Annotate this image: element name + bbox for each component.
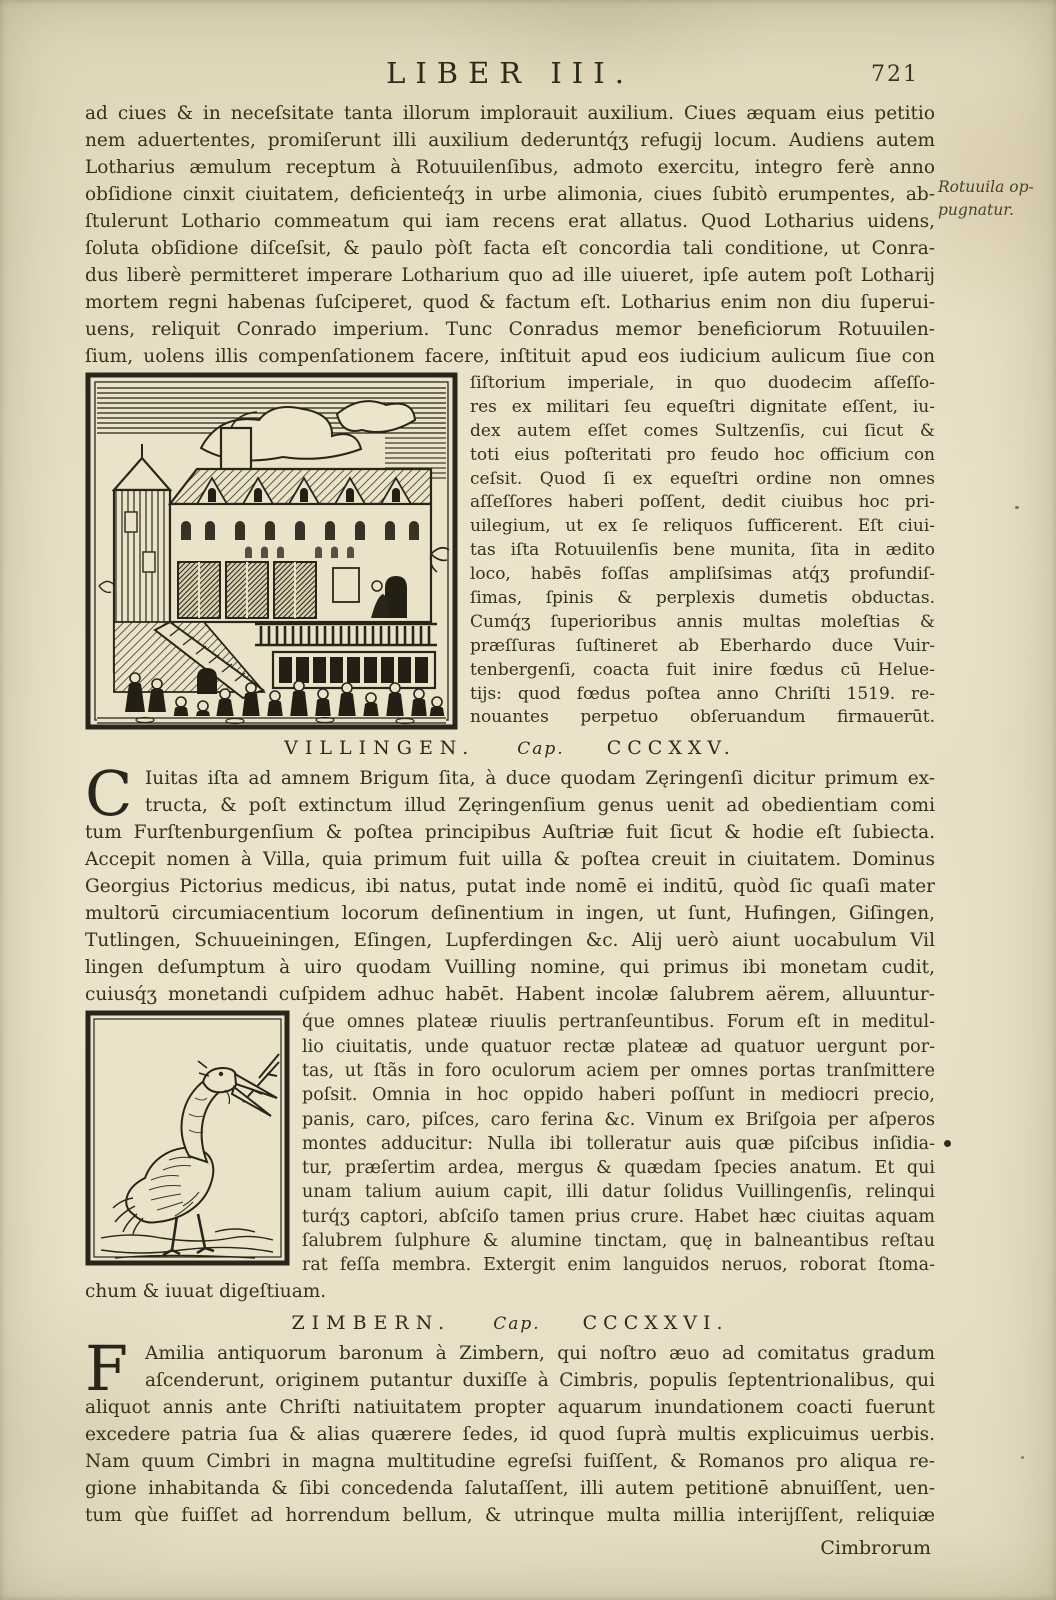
page-number: 721 xyxy=(871,62,919,87)
text-line: ſimas, ſpinis & perplexis dumetis obduct… xyxy=(470,587,935,611)
text-line: ſiſtorium imperiale, in quo duodecim aſſ… xyxy=(470,372,935,396)
text-line: uilegium, ut ex ſe reliquos ſufficerent.… xyxy=(470,515,935,539)
text-line: Amilia antiquorum baronum à Zimbern, qui… xyxy=(85,1340,935,1367)
chapter-number: CCCXXVI. xyxy=(583,1312,729,1334)
text-line: lingen deſumptum à uiro quodam Vuilling … xyxy=(85,954,935,981)
text-line: lio ciuitatis, unde quatuor rectæ plateæ… xyxy=(302,1035,935,1059)
text-block: LIBER III. 721 ad ciues & in neceſsitate… xyxy=(85,54,935,1559)
intro-paragraph: ad ciues & in neceſsitate tanta illorum … xyxy=(85,100,935,370)
text-line: mortem regni habenas ſuſciperet, quod & … xyxy=(85,289,935,316)
drop-cap: F xyxy=(85,1343,141,1395)
text-line: dus liberè permitteret imperare Lothariu… xyxy=(85,262,935,289)
text-line: ſium, uolens illis compenſationem facere… xyxy=(85,343,935,370)
text-line: tum Furſtenburgenſium & poſtea principib… xyxy=(85,819,935,846)
chapter-heading-zimbern: ZIMBERN. Cap. CCCXXVI. xyxy=(85,1312,935,1340)
text-line: panis, caro, piſces, caro ferina &c. Vin… xyxy=(302,1108,935,1132)
text-line: rat feſſa membra. Extergit enim languido… xyxy=(302,1253,935,1277)
text-line: obſidione cinxit ciuitatem, deficienteq́… xyxy=(85,181,935,208)
text-line: excedere patria ſua & alias quærere ſede… xyxy=(85,1421,935,1448)
running-header: LIBER III. 721 xyxy=(85,54,935,100)
text-line: toti eius poſteritati pro feudo hoc offi… xyxy=(470,444,935,468)
text-line: Accepit nomen à Villa, quia primum fuit … xyxy=(85,846,935,873)
text-line: montes adducitur: Nulla ibi tolleratur a… xyxy=(302,1132,935,1156)
text-line: nouantes perpetuo obſeruandum firmauerūt… xyxy=(470,706,935,730)
text-line: tas iſta Rotuuilenſis bene munita, ſita … xyxy=(470,539,935,563)
text-line: aliquot annis ante Chriſti natiuitatem p… xyxy=(85,1394,935,1421)
closing-line: chum & iuuat digeſtiuam. xyxy=(85,1278,935,1305)
heron-wrap-text: q́ue omnes plateæ riuulis pertranſeuntib… xyxy=(302,1010,935,1277)
text-line: cuiusq́ʒ monetandi cuſpidem adhuc habēt.… xyxy=(85,981,935,1008)
chapter-heading-villingen: VILLINGEN. Cap. CCCXXV. xyxy=(85,737,935,765)
ink-speck xyxy=(1015,506,1019,509)
text-line: tructa, & poſt extinctum illud Zęringenſ… xyxy=(85,792,935,819)
text-line: turq́ʒ captori, abſciſo tamen prius crur… xyxy=(302,1205,935,1229)
chapter-title: VILLINGEN. xyxy=(284,737,475,759)
text-line: dex autem eſſet comes Sultzenſis, cui ſi… xyxy=(470,420,935,444)
text-line: nem aduertentes, promiſerunt illi auxili… xyxy=(85,127,935,154)
text-line: Georgius Pictorius medicus, ibi natus, p… xyxy=(85,873,935,900)
text-line: multorū circumiacentium locorum deſinent… xyxy=(85,900,935,927)
villingen-woodcut xyxy=(85,372,458,730)
text-line: ad ciues & in neceſsitate tanta illorum … xyxy=(85,100,935,127)
text-line: ſtulerunt Lothario commeatum qui iam rec… xyxy=(85,208,935,235)
text-line: unam talium auium capit, illi datur ſoli… xyxy=(302,1180,935,1204)
text-line: loco, habēs foſſas ampliſsimas atq́ʒ pro… xyxy=(470,563,935,587)
ink-speck xyxy=(1021,1456,1024,1459)
text-line: aſcenderunt, originem putantur duxiſſe à… xyxy=(85,1367,935,1394)
text-line: tenbergenſi, coacta fuit inire fœdus cū … xyxy=(470,659,935,683)
villingen-paragraph: C Iuitas iſta ad amnem Brigum ſita, à du… xyxy=(85,765,935,1008)
text-line: poſsit. Omnia in hoc oppido haberi poſſu… xyxy=(302,1083,935,1107)
margin-note-line: Rotuuila op- xyxy=(938,176,1050,199)
scanned-book-page: Rotuuila op- pugnatur. LIBER III. 721 ad… xyxy=(0,0,1056,1600)
heron-illustration-row: q́ue omnes plateæ riuulis pertranſeuntib… xyxy=(85,1010,935,1277)
text-line: Iuitas iſta ad amnem Brigum ſita, à duce… xyxy=(85,765,935,792)
text-line: tijs: quod fœdus poſtea anno Chriſti 151… xyxy=(470,683,935,707)
text-line: tas, ut ſtãs in foro oculorum aciem per … xyxy=(302,1059,935,1083)
drop-cap: C xyxy=(85,768,141,820)
text-line: aſſeſſores haberi poſſent, dedit ciuibus… xyxy=(470,491,935,515)
text-line: præſſuras ſuſtineret ab Eberhardo duce V… xyxy=(470,635,935,659)
text-line: ſoluta obſidione diſceſsit, & paulo pòſt… xyxy=(85,235,935,262)
text-line: gione inhabitanda & ſibi concedenda ſalu… xyxy=(85,1475,935,1502)
text-line: ſalubrem ſulphure & alumine tinctam, quę… xyxy=(302,1229,935,1253)
ink-speck xyxy=(944,1140,951,1147)
text-line: ceſsit. Quod ſi ex equeſtri ordine non o… xyxy=(470,468,935,492)
villingen-wrap-text: ſiſtorium imperiale, in quo duodecim aſſ… xyxy=(470,372,935,730)
chapter-cap-label: Cap. xyxy=(517,739,564,759)
text-line: res ex militari ſeu equeſtri dignitate e… xyxy=(470,396,935,420)
text-line: Tutlingen, Schuueiningen, Eſingen, Lupfe… xyxy=(85,927,935,954)
heron-woodcut xyxy=(85,1010,290,1266)
chapter-title: ZIMBERN. xyxy=(291,1312,451,1334)
chapter-number: CCCXXV. xyxy=(607,737,736,759)
text-line: Nam quum Cimbri in magna multitudine egr… xyxy=(85,1448,935,1475)
text-line: Cumq́ʒ ſuperioribus annis multas moleſti… xyxy=(470,611,935,635)
book-title: LIBER III. xyxy=(85,56,935,90)
text-line: tum qùe fuiſſet ad horrendum bellum, & u… xyxy=(85,1502,935,1529)
margin-note-line: pugnatur. xyxy=(938,199,1050,222)
villingen-illustration-row: ſiſtorium imperiale, in quo duodecim aſſ… xyxy=(85,372,935,730)
text-line: q́ue omnes plateæ riuulis pertranſeuntib… xyxy=(302,1010,935,1034)
catchword: Cimbrorum xyxy=(85,1537,935,1559)
zimbern-paragraph: F Amilia antiquorum baronum à Zimbern, q… xyxy=(85,1340,935,1529)
chapter-cap-label: Cap. xyxy=(493,1314,540,1334)
text-line: tur, præſertim ardea, mergus & quædam ſp… xyxy=(302,1156,935,1180)
text-line: uens, reliquit Conrado imperium. Tunc Co… xyxy=(85,316,935,343)
text-line: Lotharius æmulum receptum à Rotuuilenſib… xyxy=(85,154,935,181)
catchword-text: Cimbrorum xyxy=(820,1537,931,1559)
margin-note: Rotuuila op- pugnatur. xyxy=(938,176,1050,222)
